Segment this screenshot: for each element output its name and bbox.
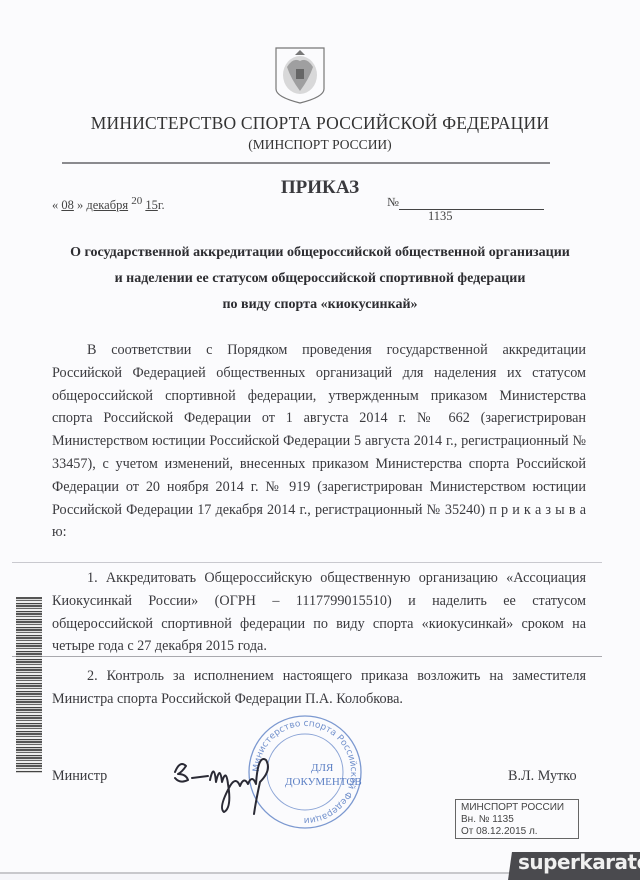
watermark-name: superkarate bbox=[518, 850, 640, 874]
quote-open: « bbox=[52, 198, 58, 212]
date-year: 15 bbox=[145, 198, 158, 212]
signature-icon bbox=[170, 752, 300, 817]
order-number-line: № bbox=[387, 195, 544, 210]
clause-1: 1. Аккредитовать Общероссийскую обществе… bbox=[52, 567, 586, 658]
header-divider bbox=[62, 162, 550, 164]
preamble-text: В соответствии с Порядком проведения гос… bbox=[52, 339, 586, 544]
document-page: МИНИСТЕРСТВО СПОРТА РОССИЙСКОЙ ФЕДЕРАЦИИ… bbox=[0, 0, 640, 874]
date-suffix: г. bbox=[158, 198, 165, 212]
date-century: 20 bbox=[131, 195, 142, 207]
number-underline bbox=[399, 197, 544, 210]
date-day: 08 bbox=[61, 198, 74, 212]
signatory-name: В.Л. Мутко bbox=[508, 768, 577, 785]
order-number: 1135 bbox=[428, 209, 453, 224]
date-month: декабря bbox=[86, 198, 128, 212]
ministry-name: МИНИСТЕРСТВО СПОРТА РОССИЙСКОЙ ФЕДЕРАЦИИ bbox=[0, 113, 640, 134]
svg-text:ДЛЯ: ДЛЯ bbox=[311, 762, 334, 774]
order-date: « 08 » декабря 20 15г. bbox=[52, 195, 165, 213]
stamp-line-3: От 08.12.2015 л. bbox=[461, 826, 573, 838]
stamp-line-1: МИНСПОРТ РОССИИ bbox=[461, 802, 573, 814]
scan-artifact-line bbox=[12, 656, 602, 657]
title-line-1: О государственной аккредитации общеросси… bbox=[40, 245, 600, 261]
number-label: № bbox=[387, 195, 399, 209]
clause-2: 2. Контроль за исполнением настоящего пр… bbox=[52, 665, 586, 711]
preamble-paragraph: В соответствии с Порядком проведения гос… bbox=[52, 339, 586, 544]
ministry-short-name: (МИНСПОРТ РОССИИ) bbox=[0, 137, 640, 153]
clause-2-text: 2. Контроль за исполнением настоящего пр… bbox=[52, 665, 586, 711]
title-line-2: и наделении ее статусом общероссийской с… bbox=[40, 271, 600, 287]
barcode bbox=[16, 597, 42, 773]
stamp-line-2: Вн. № 1135 bbox=[461, 814, 573, 826]
signatory-position: Министр bbox=[52, 768, 107, 785]
scan-artifact-line bbox=[12, 562, 602, 563]
title-line-3: по виду спорта «киокусинкай» bbox=[40, 297, 600, 313]
coat-of-arms-icon bbox=[273, 45, 327, 105]
clause-1-text: 1. Аккредитовать Общероссийскую обществе… bbox=[52, 567, 586, 658]
registration-stamp: МИНСПОРТ РОССИИ Вн. № 1135 От 08.12.2015… bbox=[455, 799, 579, 839]
watermark: superkarate.ru bbox=[518, 850, 640, 874]
quote-close: » bbox=[77, 198, 83, 212]
